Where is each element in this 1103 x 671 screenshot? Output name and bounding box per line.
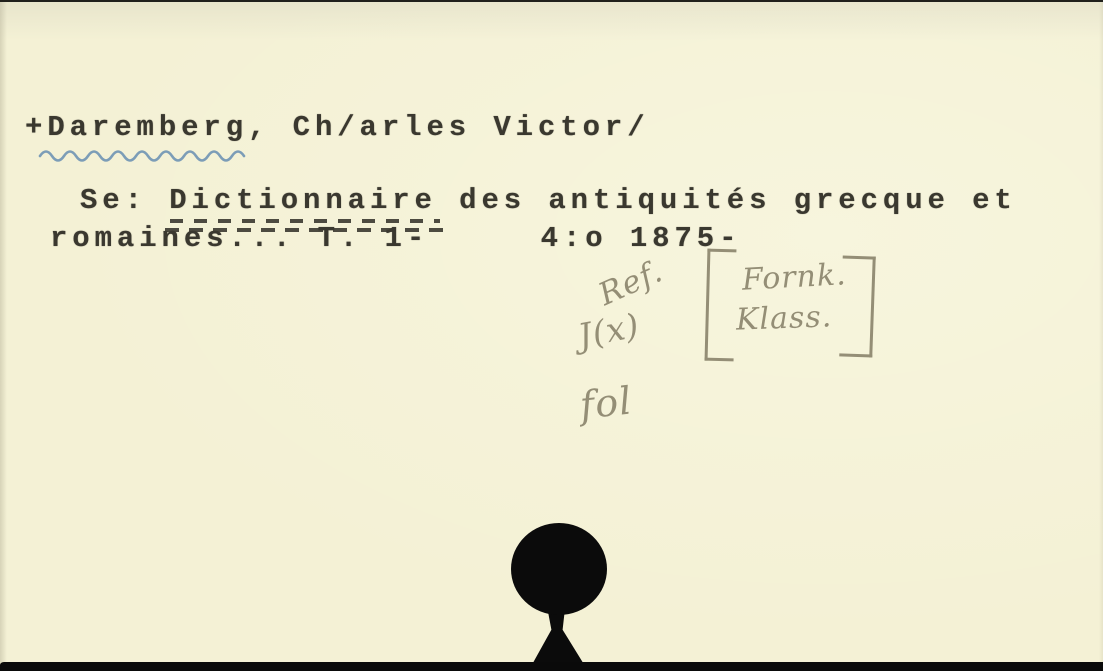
pencil-note-classification-line2: Klass.: [736, 302, 833, 335]
see-reference-line: Se: Dictionnaire des antiquités grecque …: [80, 186, 1017, 215]
author-prefix-plus: +: [25, 111, 47, 144]
see-prefix: Se:: [80, 184, 169, 217]
title-word: Dictionnaire: [169, 184, 437, 217]
classification-bracket-left: [705, 249, 737, 362]
wavy-underline: [38, 145, 254, 163]
pencil-note-ref: Ref.: [595, 256, 668, 311]
title-rest: des antiquités grecque et: [437, 184, 1017, 217]
author-heading-line: +Daremberg, Ch/arles Victor/: [25, 113, 650, 142]
card-bottom-edge: [0, 662, 1103, 671]
pencil-note-classification-line1: Fornk.: [741, 260, 847, 295]
pencil-note-shelf-mark: J(x): [575, 308, 642, 352]
author-forenames: , Ch/arles Victor/: [248, 111, 649, 144]
author-surname: Daremberg: [47, 111, 248, 144]
hole-punch: [511, 523, 607, 615]
card-top-edge: [0, 0, 1103, 2]
continuation-line: romaines... T. 1- 4:o 1875-: [50, 224, 741, 253]
pencil-note-format-fol: fol: [578, 381, 634, 424]
